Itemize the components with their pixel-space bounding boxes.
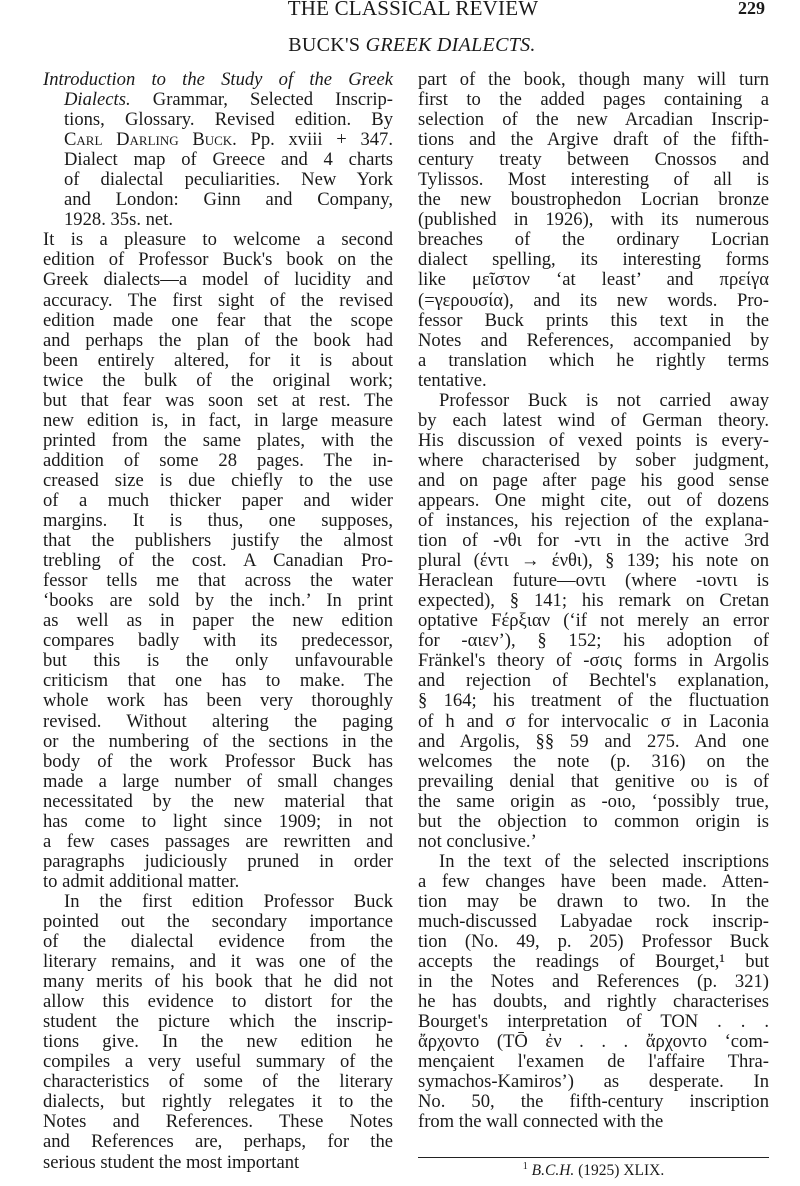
text-line: Notes and References, accompanied by [418,331,769,351]
text-line: optative Fέρξιαν (‘if not merely an erro… [418,611,769,631]
text-line: accuracy. The first sight of the revised [43,291,393,311]
text-line: been entirely altered, for it is about [43,351,393,371]
text-line: as well as in paper the new edition [43,611,393,631]
text-line: Notes and References. These Notes [43,1112,393,1132]
text-line: dialects, but rightly relegates it to th… [43,1092,393,1112]
text-line: student the picture which the inscrip- [43,1012,393,1032]
text-line: His discussion of vexed points is every- [418,431,769,451]
text-line: a translation which he rightly terms [418,351,769,371]
article-title-italic: GREEK DIALECTS. [366,34,536,56]
text-line: century treaty between Cnossos and [418,150,769,170]
text-line: appears. One might cite, out of dozens [418,491,769,511]
text-line: edition of Professor Buck's book on the [43,250,393,270]
text-line: selection of the new Arcadian Inscrip- [418,110,769,130]
citation-line: of dialectal peculiarities. New York [64,170,393,190]
text-line: part of the book, though many will turn [418,70,769,90]
right-column: part of the book, though many will turnf… [418,70,769,1132]
text-line: literary remains, and it was one of the [43,952,393,972]
text-line: new edition is, in fact, in large measur… [43,411,393,431]
text-line: margins. It is thus, one supposes, [43,511,393,531]
text-line: (published in 1926), with its numerous [418,210,769,230]
text-line: (=γερουσία), and its new words. Pro- [418,291,769,311]
text-line: creased size is due chiefly to the use [43,471,393,491]
text-line: symachos-Kamiros’) as desperate. In [418,1072,769,1092]
text-line: paragraphs judiciously pruned in order [43,852,393,872]
text-line: printed from the same plates, with the [43,431,393,451]
citation-author: Carl Darling Buck. [64,129,237,150]
left-body-text: It is a pleasure to welcome a secondedit… [43,230,393,1172]
text-line: tion may be drawn to two. In the [418,892,769,912]
book-citation: Introduction to the Study of the Greek D… [43,70,393,230]
text-line: twice the bulk of the original work; [43,371,393,391]
text-line: like μεῖστον ‘at least’ and πρείγα [418,270,769,290]
text-line: fessor tells me that across the water [43,571,393,591]
text-line: but that fear was soon set at rest. The [43,391,393,411]
citation-line: and London: Ginn and Company, [64,190,393,210]
text-line: made a large number of small changes [43,772,393,792]
text-line: Tylissos. Most interesting of all is [418,170,769,190]
text-line: to admit additional matter. [43,872,393,892]
text-line: where characterised by sober judgment, [418,451,769,471]
text-line: ἄρχοντο (TŌ ἐν . . . ἄρχοντο ‘com- [418,1032,769,1052]
text-line: mençaient l'examen de l'affaire Thra- [418,1052,769,1072]
text-line: pointed out the secondary importance [43,912,393,932]
text-line: and References are, perhaps, for the [43,1132,393,1152]
text-line: compiles a very useful summary of the [43,1052,393,1072]
text-line: for -αιεν’), § 152; his adoption of [418,631,769,651]
text-line: Heraclean future—οντι (where -ιοντι is [418,571,769,591]
text-line: Fränkel's theory of -σσις forms in Argol… [418,651,769,671]
text-line: tion (No. 49, p. 205) Professor Buck [418,932,769,952]
text-line: breaches of the ordinary Locrian [418,230,769,250]
article-title-prefix: BUCK'S [288,34,365,56]
text-line: tions and the Argive draft of the fifth- [418,130,769,150]
text-line: plural (έντι → ένθι), § 139; his note on [418,551,769,571]
text-line: serious student the most important [43,1153,393,1173]
text-line: expected), § 141; his remark on Cretan [418,591,769,611]
text-line: Greek dialects—a model of lucidity and [43,270,393,290]
footnote-marker: 1 [523,1161,528,1172]
text-line: in the Notes and References (p. 321) [418,972,769,992]
text-line: the new boustrophedon Locrian bronze [418,190,769,210]
footnote-rule [418,1157,769,1158]
text-line: not conclusive.’ [418,832,769,852]
text-line: characteristics of some of the literary [43,1072,393,1092]
footnote-journal: B.C.H. [532,1162,575,1179]
text-line: and Argolis, §§ 59 and 275. And one [418,732,769,752]
text-line: Professor Buck is not carried away [418,391,769,411]
text-line: but the objection to common origin is [418,812,769,832]
footnote-details: (1925) XLIX. [574,1162,664,1179]
text-line: It is a pleasure to welcome a second [43,230,393,250]
text-line: of instances, his rejection of the expla… [418,511,769,531]
text-line: has come to light since 1909; in not [43,812,393,832]
text-line: and on page after page his good sense [418,471,769,491]
text-line: much-discussed Labyadae rock inscrip- [418,912,769,932]
page-number: 229 [738,0,765,19]
text-line: Bourget's interpretation of TON . . . [418,1012,769,1032]
citation-line: Dialects. Grammar, Selected Inscrip- [64,90,393,110]
text-line: a few cases passages are rewritten and [43,832,393,852]
text-line: of h and σ for intervocalic σ in Laconia [418,712,769,732]
text-line: addition of some 28 pages. The in- [43,451,393,471]
text-line: but this is the only unfavourable [43,651,393,671]
text-line: tions give. In the new edition he [43,1032,393,1052]
citation-line: tions, Glossary. Revised edition. By [64,110,393,130]
text-line: that the publishers justify the almost [43,531,393,551]
text-line: revised. Without altering the paging [43,712,393,732]
text-line: many merits of his book that he did not [43,972,393,992]
left-column: Introduction to the Study of the Greek D… [43,70,393,1173]
text-line: In the first edition Professor Buck [43,892,393,912]
right-body-text: part of the book, though many will turnf… [418,70,769,1132]
text-line: allow this evidence to distort for the [43,992,393,1012]
citation-line: Carl Darling Buck. Pp. xviii + 347. [64,130,393,150]
text-line: by each latest wind of German theory. [418,411,769,431]
citation-line: 1928. 35s. net. [64,210,393,230]
footnote: 1 B.C.H. (1925) XLIX. [418,1162,769,1180]
text-line: welcomes the note (p. 316) on the [418,752,769,772]
text-line: of a much thicker paper and wider [43,491,393,511]
text-line: body of the work Professor Buck has [43,752,393,772]
citation-line: Dialect map of Greece and 4 charts [64,150,393,170]
text-line: from the wall connected with the [418,1112,769,1132]
text-line: dialect spelling, its interesting forms [418,250,769,270]
text-line: fessor Buck prints this text in the [418,311,769,331]
text-line: edition made one fear that the scope [43,311,393,331]
article-title: BUCK'S GREEK DIALECTS. [0,34,800,57]
text-line: or the numbering of the sections in the [43,732,393,752]
text-line: tion of -νθι for -ντι in the active 3rd [418,531,769,551]
text-line: necessitated by the new material that [43,792,393,812]
text-line: accepts the readings of Bourget,¹ but [418,952,769,972]
citation-title-line: Introduction to the Study of the Greek [43,70,393,90]
text-line: he has doubts, and rightly characterises [418,992,769,1012]
text-line: whole work has been very thoroughly [43,691,393,711]
text-line: of the dialectal evidence from the [43,932,393,952]
text-line: trebling of the cost. A Canadian Pro- [43,551,393,571]
journal-title: THE CLASSICAL REVIEW [268,0,558,21]
text-line: prevailing denial that genitive ου is of [418,772,769,792]
text-line: first to the added pages containing a [418,90,769,110]
running-head: THE CLASSICAL REVIEW 229 [0,0,800,20]
text-line: and perhaps the plan of the book had [43,331,393,351]
text-line: ‘books are sold by the inch.’ In print [43,591,393,611]
text-line: and rejection of Bechtel's explanation, [418,671,769,691]
text-line: criticism that one has to make. The [43,671,393,691]
text-line: a few changes have been made. Atten- [418,872,769,892]
text-line: No. 50, the fifth-century inscription [418,1092,769,1112]
text-line: tentative. [418,371,769,391]
text-line: In the text of the selected inscriptions [418,852,769,872]
text-line: § 164; his treatment of the fluctuation [418,691,769,711]
text-line: the same origin as -οιο, ‘possibly true, [418,792,769,812]
text-line: compares badly with its predecessor, [43,631,393,651]
